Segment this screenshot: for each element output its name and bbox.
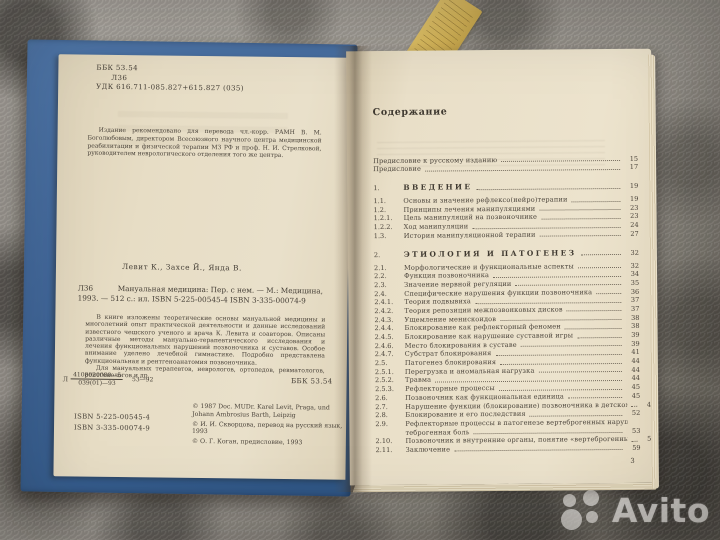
dotted-leader: [476, 188, 620, 190]
toc-entry-page: 35: [624, 279, 639, 287]
toc-entry-page: 45: [625, 383, 640, 391]
dotted-leader: [596, 293, 621, 294]
bbk-code-bottom: ББК 53.54: [291, 377, 333, 386]
contents-heading: Содержание: [373, 105, 638, 118]
publication-code: Л 4108020000—5 039(01)—93 53—92: [63, 371, 154, 387]
toc-entry-page: 19: [623, 182, 638, 190]
toc-entry-page: 53: [625, 426, 640, 434]
toc-entry-title: Предисловие: [373, 165, 421, 173]
toc-entry-number: 2.4.2.: [374, 307, 404, 315]
catalog-entry: Л36 Мануальная медицина: Пер. с нем. — М…: [78, 283, 326, 305]
toc-entry-title: Ход манипуляции: [404, 222, 469, 231]
toc-entry-page: 32: [624, 261, 639, 269]
contents-list: Предисловие к русскому изданию 15 15: [373, 154, 641, 454]
toc-entry-title: Блокирование и его последствия: [405, 410, 525, 419]
toc-entry-number: 2.4.: [374, 289, 404, 297]
toc-entry-page: 38: [624, 313, 639, 321]
copyright-original: © 1987 Doc. MUDr. Karel Levit, Praga, un…: [192, 403, 350, 420]
imprint-page: ББК 53.54 Л36 УДК 616.711-085.827+615.82…: [53, 54, 350, 480]
dotted-leader: [454, 449, 622, 451]
toc-entry-page: 36: [624, 287, 639, 295]
dotted-leader: [577, 336, 621, 337]
avito-watermark: Avito: [561, 490, 710, 530]
dotted-leader: [539, 209, 620, 211]
toc-entry-page: 23: [623, 204, 638, 212]
toc-entry-title: Функция позвоночника: [404, 271, 489, 280]
catalog-label: Л36: [78, 283, 93, 293]
code-denominator: 039(01)—93: [71, 379, 123, 387]
toc-entry-number: 2.5.1.: [375, 368, 405, 376]
table-of-contents: Содержание Предисловие к русскому издани…: [373, 105, 641, 454]
toc-entry-title: Теория репозиции межпозвонковых дисков: [404, 305, 562, 314]
toc-entry-page: 44: [625, 374, 640, 382]
toc-entry-number: 2.10.: [375, 437, 405, 445]
copyright-translation: © И. И. Скворцова, перевод на русский яз…: [192, 420, 350, 437]
folio-page-number: 3: [630, 457, 634, 465]
toc-entry-title: Заключение: [406, 445, 451, 453]
toc-entry-title: История манипуляционной терапии: [404, 231, 536, 240]
copyright-foreword: © О. Г. Коган, предисловие, 1993: [192, 438, 350, 447]
toc-entry-number: 1.2.: [373, 206, 403, 214]
toc-entry-title: Патогенез блокирования: [405, 358, 496, 367]
dotted-leader: [631, 406, 637, 407]
catalog-text: Мануальная медицина: Пер. с нем. — М.: М…: [78, 283, 326, 305]
dotted-leader: [530, 415, 623, 417]
toc-entry-page: 19: [623, 195, 638, 203]
toc-entry-title: Перегрузка и аномальная нагрузка: [405, 366, 535, 375]
dotted-leader: [539, 371, 622, 373]
toc-entry-title: Предисловие к русскому изданию: [373, 156, 497, 165]
toc-entry-title: Рефлекторные процессы: [405, 384, 495, 393]
toc-entry-title: Морфологические и функциональные аспекты: [404, 262, 574, 271]
toc-entry-page: 34: [624, 270, 639, 278]
toc-entry-number: 2.4.3.: [374, 315, 404, 323]
isbn-block: ISBN 5-225-00545-4 ISBN 3-335-00074-9: [74, 411, 150, 434]
toc-entry-page: 37: [624, 296, 639, 304]
toc-entry-number: 1.3.: [374, 232, 404, 240]
toc-entry-page: 17: [623, 163, 638, 171]
toc-entry: 1. ВВЕДЕНИЕ 19 19: [373, 180, 638, 192]
toc-entry-number: 2.4.1.: [374, 298, 404, 306]
toc-entry-number: 1.2.2.: [374, 223, 404, 231]
toc-entry-page: 39: [625, 331, 640, 339]
toc-entry-title: Теория подвывиха: [404, 298, 471, 307]
toc-entry-title: ВВЕДЕНИЕ: [403, 183, 472, 193]
dotted-leader: [567, 310, 622, 311]
dotted-leader: [568, 397, 622, 398]
bbk-code: ББК 53.54: [96, 64, 138, 73]
toc-entry-title: Блокирование как нарушение суставной игр…: [405, 331, 574, 340]
toc-entry-number: 2.4.7.: [375, 350, 405, 358]
toc-entry-number: 2.5.3.: [375, 385, 405, 393]
toc-entry-page: 41: [625, 348, 640, 356]
toc-entry-title: Ущемление менискоидов: [404, 315, 496, 324]
dotted-leader: [580, 254, 620, 255]
toc-entry-title: Место блокирования в суставе: [405, 341, 517, 350]
toc-entry-number: 2.6.: [375, 394, 405, 402]
toc-entry: 1.3. История манипуляционной терапии 27 …: [374, 229, 639, 240]
toc-entry-title: Специфические нарушения функции позвоноч…: [404, 288, 592, 298]
recommendation-note: Издание рекомендовано для перевода чл.-к…: [87, 127, 321, 161]
toc-entry-number: 1.1.: [373, 197, 403, 205]
toc-entry-title: Субстрат блокирования: [405, 349, 492, 358]
toc-entry-page: 23: [624, 212, 639, 220]
toc-entry-number: 2.: [374, 251, 404, 259]
avito-logo-icon: [561, 490, 605, 530]
toc-entry-number: 2.4.4.: [374, 324, 404, 332]
dotted-leader: [521, 345, 622, 347]
toc-entry-number: 2.5.2.: [375, 376, 405, 384]
dotted-leader: [425, 169, 620, 172]
toc-entry-page: 32: [624, 249, 639, 257]
toc-entry-number: 2.4.6.: [375, 342, 405, 350]
avito-watermark-text: Avito: [612, 491, 710, 530]
dotted-leader: [632, 441, 638, 442]
toc-entry-number: 2.1.: [374, 263, 404, 271]
dotted-leader: [540, 235, 621, 237]
annotation-paragraph-1: В книге изложены теоретические основы ма…: [85, 314, 326, 368]
isbn-1: ISBN 5-225-00545-4: [74, 412, 150, 421]
toc-entry-title: Травма: [405, 376, 431, 384]
toc-entry-number: 1.: [373, 184, 403, 192]
toc-entry-number: 2.2.: [374, 272, 404, 280]
dotted-leader: [565, 328, 622, 329]
toc-entry-title: Цель манипуляций на позвоночнике: [404, 213, 538, 222]
toc-entry-number: 2.3.: [374, 281, 404, 289]
code-suffix: 53—92: [132, 376, 153, 383]
toc-entry-page: 37: [624, 305, 639, 313]
authors-line: Левит К., Захсе Й., Янда В.: [122, 262, 242, 272]
toc-entry-number: 2.8.: [375, 411, 405, 419]
dotted-leader: [541, 218, 620, 220]
toc-entry-page: 44: [625, 366, 640, 374]
toc-entry-title: Основы и значение рефлексо(нейро)терапии: [403, 195, 567, 204]
toc-entry-page: 27: [624, 230, 639, 238]
toc-entry-page: 45: [625, 392, 640, 400]
isbn-2: ISBN 3-335-00074-9: [74, 423, 150, 432]
udk-code: УДК 616.711-085.827+615.827 (035): [96, 83, 244, 93]
toc-entry-number: 2.7.: [375, 402, 405, 410]
toc-entry: 2. ЭТИОЛОГИЯ И ПАТОГЕНЕЗ 32 32: [374, 247, 639, 259]
toc-entry-number: 2.11.: [376, 446, 406, 454]
dotted-leader: [571, 201, 620, 202]
toc-entry-page: 44: [625, 357, 640, 365]
code-fraction: 4108020000—5 039(01)—93: [71, 371, 123, 387]
book-photo-scene: ББК 53.54 Л36 УДК 616.711-085.827+615.82…: [0, 0, 720, 540]
toc-entry-number: 1.2.1.: [374, 214, 404, 222]
toc-entry-page: 59: [626, 444, 641, 452]
copyright-block: © 1987 Doc. MUDr. Karel Levit, Praga, un…: [192, 403, 351, 450]
toc-entry-title-line2: теброгенная боль: [405, 428, 469, 437]
toc-entry-number: 2.5.: [375, 359, 405, 367]
code-prefix: Л: [63, 375, 69, 383]
contents-page: Содержание Предисловие к русскому издани…: [346, 49, 655, 486]
toc-entry-title: Принципы лечения манипуляциями: [403, 204, 535, 213]
toc-entry-page: 39: [625, 339, 640, 347]
toc-entry-title: Значение нервной регуляции: [404, 280, 511, 289]
toc-entry-page: 47: [640, 400, 655, 408]
classification-codes: ББК 53.54 Л36 УДК 616.711-085.827+615.82…: [96, 64, 244, 95]
toc-entry-page: 38: [624, 322, 639, 330]
toc-entry-number: 2.4.5.: [375, 333, 405, 341]
author-sign-code: Л36: [96, 73, 127, 81]
toc-entry-page: 15: [623, 154, 638, 162]
toc-entry-page: 57: [640, 435, 655, 443]
toc-entry-title: ЭТИОЛОГИЯ И ПАТОГЕНЕЗ: [404, 248, 577, 259]
toc-entry-number: 2.9.: [375, 420, 405, 428]
dotted-leader: [578, 267, 621, 268]
toc-entry-page: 52: [625, 409, 640, 417]
toc-entry-page: 24: [624, 221, 639, 229]
